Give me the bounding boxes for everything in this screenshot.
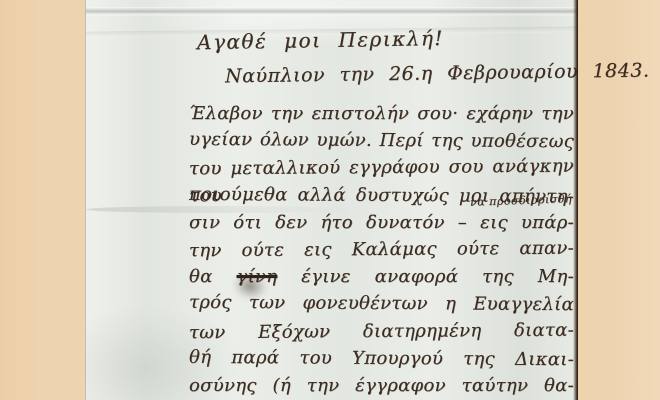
- handwritten-text: Αγαθέ μοι Περικλή! Ναύπλιον την 26.η Φεβ…: [189, 0, 574, 400]
- paper-edge-shadow: [573, 0, 578, 400]
- handwriting-line: Έλαβον την επιστολήν σου· εχάρην την: [189, 100, 574, 127]
- letter-body: Έλαβον την επιστολήν σου· εχάρην την υγε…: [189, 100, 574, 399]
- line-pre-text: θα: [189, 266, 237, 287]
- dateline: Ναύπλιον την 26.η Φεβρουαρίου 1843.: [225, 56, 574, 93]
- handwriting-line: οσύνης (ή την έγγραφον ταύτην θα-: [189, 372, 574, 399]
- handwriting-line: θή παρά του Υπουργού της Δικαι-: [189, 344, 574, 374]
- handwriting-line: σιν ότι δεν ήτο δυνατόν – εις υπάρ-: [189, 209, 574, 236]
- letter-page: Αγαθέ μοι Περικλή! Ναύπλιον την 26.η Φεβ…: [85, 0, 578, 400]
- struck-word: γίνη: [237, 266, 278, 287]
- line-post-text: έγινε αναφορά της Μη-: [277, 266, 574, 287]
- salutation: Αγαθέ μοι Περικλή!: [197, 23, 574, 56]
- handwriting-line: την ούτε εις Καλάμας ούτε απαν-: [189, 235, 574, 265]
- handwriting-line: τρός των φονευθέντων η Ευαγγελία: [189, 289, 574, 319]
- handwriting-line-with-strikeout: θα γίνη έγινε αναφορά της Μη-: [189, 263, 574, 290]
- handwriting-line: των Εξόχων διατηρημένη διατα-: [189, 316, 574, 346]
- handwriting-line: υγείαν όλων υμών. Περί της υποθέσεως: [189, 126, 574, 156]
- handwriting-line: του μεταλλικού εγγράφου σου ανάγκην του: [189, 153, 574, 183]
- photo-backdrop: Αγαθέ μοι Περικλή! Ναύπλιον την 26.η Φεβ…: [0, 0, 660, 400]
